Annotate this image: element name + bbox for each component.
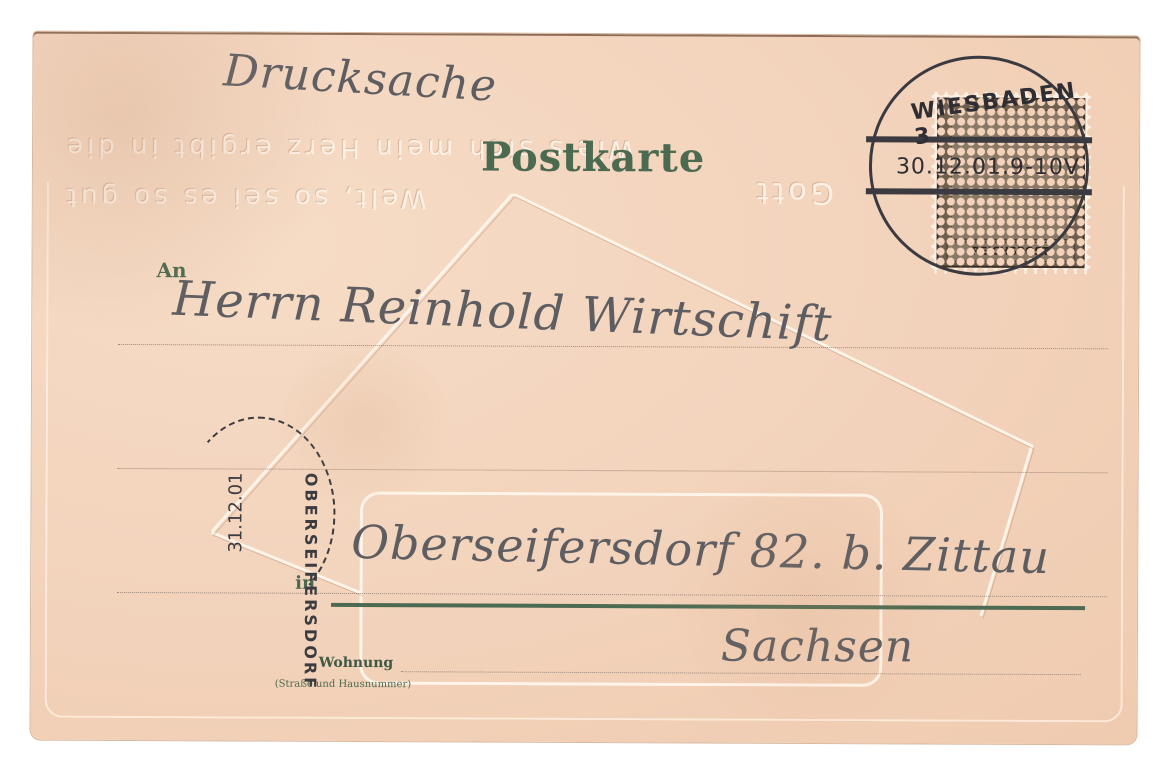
postcard: Wie's sich mein Herz ergibt in die Welt,… <box>30 32 1139 745</box>
handwritten-header: Drucksache <box>222 45 498 111</box>
arrival-postmark-date: 31.12.01 <box>225 472 246 552</box>
arrival-postmark-city: OBERSEIFERSDORF <box>301 473 321 691</box>
postcard-title: Postkarte <box>481 134 706 182</box>
residence-sublabel: (Straße und Hausnummer) <box>275 679 411 691</box>
embossed-text-line2: Welt, so sei es so gut <box>63 182 427 214</box>
postmark-date: 30.12.01.9-10V <box>896 154 1080 180</box>
residence-label: Wohnung <box>319 655 394 671</box>
cancellation-postmark: WIESBADEN 3 30.12.01.9-10V <box>868 55 1089 276</box>
embossed-fragment: Gott <box>753 175 834 210</box>
handwritten-region: Sachsen <box>721 621 915 673</box>
